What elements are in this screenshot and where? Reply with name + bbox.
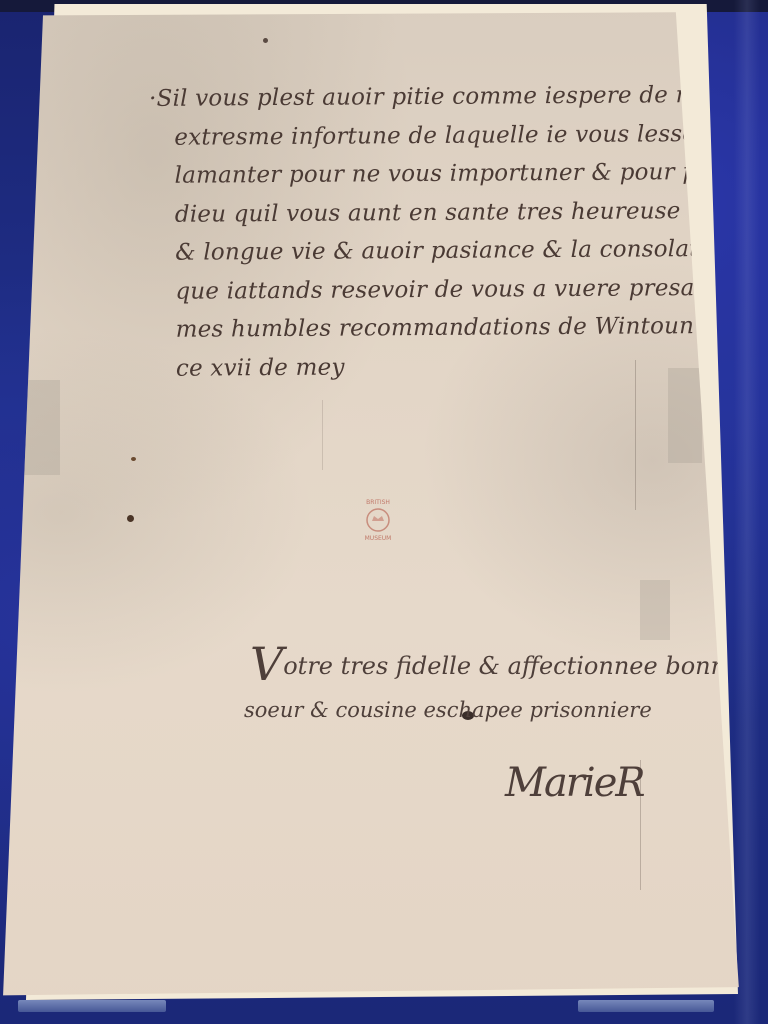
ink-spot <box>263 38 268 43</box>
letter-mount: BRITISH MUSEUM ·Sil vous plest auoir pit… <box>0 0 768 1024</box>
display-stand-right <box>578 1000 714 1012</box>
closing-line-1: Votre tres fidelle & affectionnee bonne <box>250 642 728 688</box>
museum-stamp: BRITISH MUSEUM <box>355 497 401 543</box>
svg-text:BRITISH: BRITISH <box>366 499 390 506</box>
svg-text:MUSEUM: MUSEUM <box>365 535 392 542</box>
repair-patch <box>20 380 60 475</box>
paper-crease <box>322 400 323 470</box>
letter-line: que iattands resevoir de vous a vuere pr… <box>175 269 695 311</box>
closing-salutation: Votre tres fidelle & affectionnee bonne … <box>248 642 728 732</box>
date-line: ce xvii de mey <box>176 346 696 388</box>
closing-initial: V <box>250 637 283 691</box>
letter-body: ·Sil vous plest auoir pitie comme iesper… <box>149 76 696 388</box>
repair-patch <box>640 580 670 640</box>
ink-spot <box>127 515 134 522</box>
ink-spot <box>131 457 136 461</box>
display-stand-left <box>18 1000 166 1012</box>
letter-line: lamanter pour ne vous importuner & pour … <box>174 153 694 195</box>
letter-paper: BRITISH MUSEUM ·Sil vous plest auoir pit… <box>0 0 768 1024</box>
letter-line: & longue vie & auoir pasiance & la conso… <box>175 230 695 272</box>
signature: MarieR <box>505 760 644 806</box>
letter-line: dieu quil vous aunt en sante tres heureu… <box>175 192 695 234</box>
letter-line: ·Sil vous plest auoir pitie comme iesper… <box>149 76 694 118</box>
closing-line-2: soeur & cousine eschapee prisonniere <box>244 688 728 732</box>
closing-text: otre tres fidelle & affectionnee bonne <box>283 652 740 680</box>
letter-line: extresme infortune de laquelle ie vous l… <box>174 115 694 157</box>
letter-line: mes humbles recommandations de Wintoun <box>176 307 696 349</box>
